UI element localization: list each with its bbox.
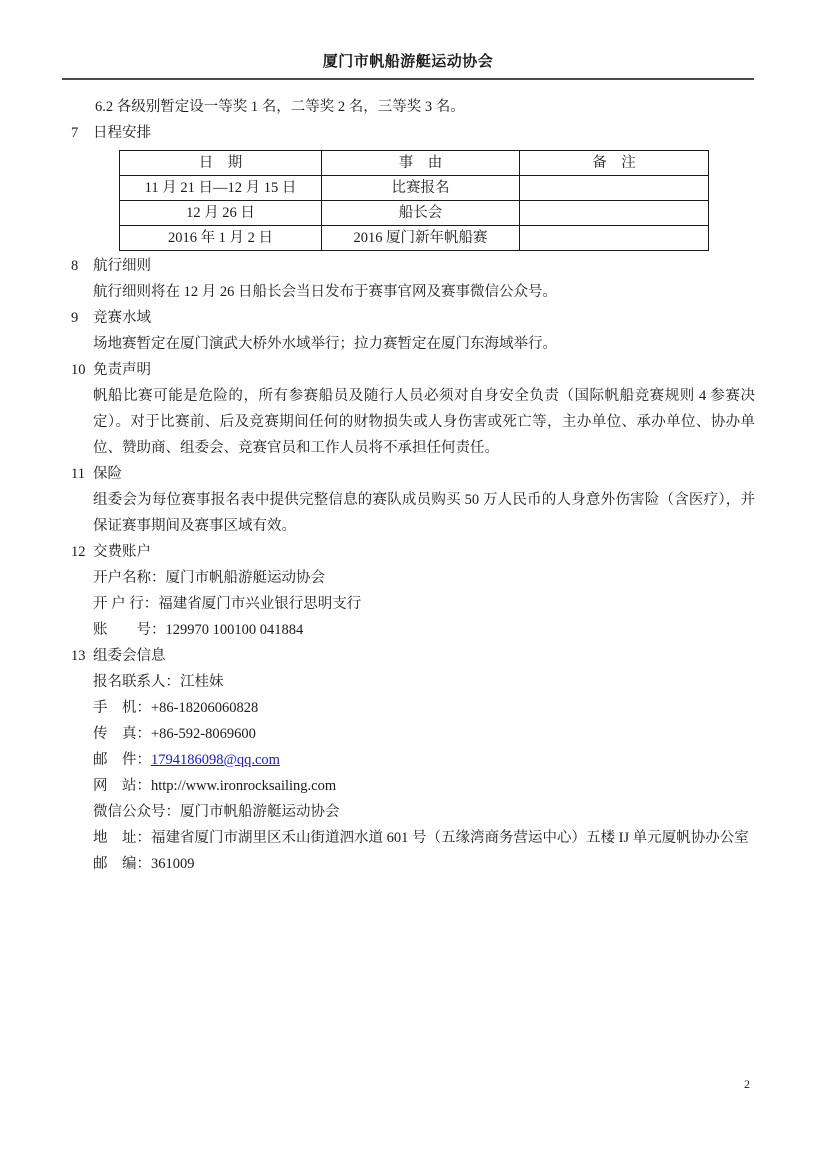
section-number: 11 bbox=[71, 461, 93, 487]
organization-title: 厦门市帆船游艇运动协会 bbox=[62, 52, 754, 72]
email-row: 邮 件： 1794186098@qq.com bbox=[93, 747, 755, 773]
insurance-text: 组委会为每位赛事报名表中提供完整信息的赛队成员购买 50 万人民币的人身意外伤害… bbox=[93, 487, 755, 539]
mobile-row: 手 机： +86-18206060828 bbox=[93, 695, 755, 721]
schedule-table: 日 期 事 由 备 注 11 月 21 日—12 月 15 日 比赛报名 12 … bbox=[119, 150, 709, 251]
cell-date: 12 月 26 日 bbox=[120, 201, 322, 226]
document-page: 厦门市帆船游艇运动协会 6.2 各级别暂定设一等奖 1 名，二等奖 2 名，三等… bbox=[0, 0, 827, 1169]
section-heading-sailing-instructions: 8 航行细则 bbox=[71, 253, 755, 279]
field-label: 开 户 行： bbox=[93, 591, 158, 617]
cell-event: 船长会 bbox=[322, 201, 520, 226]
field-label: 微信公众号： bbox=[93, 799, 180, 825]
field-value: +86-592-8069600 bbox=[151, 721, 755, 747]
section-title: 日程安排 bbox=[93, 120, 755, 146]
column-header-event: 事 由 bbox=[322, 151, 520, 176]
registration-contact-row: 报名联系人： 江桂妹 bbox=[93, 669, 755, 695]
field-value: 福建省厦门市湖里区禾山街道泗水道 601 号（五缘湾商务营运中心）五楼 IJ 单… bbox=[151, 825, 755, 851]
section-number: 9 bbox=[71, 305, 93, 331]
field-value: 1794186098@qq.com bbox=[151, 747, 755, 773]
section-number: 12 bbox=[71, 539, 93, 565]
address-row: 地 址： 福建省厦门市湖里区禾山街道泗水道 601 号（五缘湾商务营运中心）五楼… bbox=[93, 825, 755, 851]
section-title: 组委会信息 bbox=[93, 643, 755, 669]
field-label: 地 址： bbox=[93, 825, 151, 851]
field-value: +86-18206060828 bbox=[151, 695, 755, 721]
field-label: 网 站： bbox=[93, 773, 151, 799]
section-title: 保险 bbox=[93, 461, 755, 487]
field-value: 厦门市帆船游艇运动协会 bbox=[166, 565, 756, 591]
field-label: 开户名称： bbox=[93, 565, 166, 591]
section-heading-payment-account: 12 交费账户 bbox=[71, 539, 755, 565]
field-value: 361009 bbox=[151, 851, 755, 877]
cell-note bbox=[520, 201, 709, 226]
section-number: 13 bbox=[71, 643, 93, 669]
page-number: 2 bbox=[744, 1077, 750, 1091]
section-heading-disclaimer: 10 免责声明 bbox=[71, 357, 755, 383]
field-label: 邮 编： bbox=[93, 851, 151, 877]
table-row: 12 月 26 日 船长会 bbox=[120, 201, 709, 226]
payment-account-rows: 开户名称： 厦门市帆船游艇运动协会 开 户 行： 福建省厦门市兴业银行思明支行 … bbox=[93, 565, 755, 643]
table-row: 2016 年 1 月 2 日 2016 厦门新年帆船赛 bbox=[120, 226, 709, 251]
email-link[interactable]: 1794186098@qq.com bbox=[151, 752, 280, 768]
table-row: 11 月 21 日—12 月 15 日 比赛报名 bbox=[120, 176, 709, 201]
field-value: http://www.ironrocksailing.com bbox=[151, 773, 755, 799]
document-body: 6.2 各级别暂定设一等奖 1 名，二等奖 2 名，三等奖 3 名。 7 日程安… bbox=[71, 94, 755, 877]
table-header-row: 日 期 事 由 备 注 bbox=[120, 151, 709, 176]
section-title: 交费账户 bbox=[93, 539, 755, 565]
account-name-row: 开户名称： 厦门市帆船游艇运动协会 bbox=[93, 565, 755, 591]
field-value: 厦门市帆船游艇运动协会 bbox=[180, 799, 755, 825]
column-header-date: 日 期 bbox=[120, 151, 322, 176]
field-value: 福建省厦门市兴业银行思明支行 bbox=[158, 591, 755, 617]
field-value: 江桂妹 bbox=[180, 669, 755, 695]
field-value: 129970 100100 041884 bbox=[166, 617, 756, 643]
disclaimer-text: 帆船比赛可能是危险的，所有参赛船员及随行人员必须对自身安全负责（国际帆船竞赛规则… bbox=[93, 383, 755, 461]
section-title: 航行细则 bbox=[93, 253, 755, 279]
field-label: 账 号： bbox=[93, 617, 166, 643]
bank-row: 开 户 行： 福建省厦门市兴业银行思明支行 bbox=[93, 591, 755, 617]
cell-date: 2016 年 1 月 2 日 bbox=[120, 226, 322, 251]
clause-6-2-text: 6.2 各级别暂定设一等奖 1 名，二等奖 2 名，三等奖 3 名。 bbox=[95, 94, 755, 120]
website-row: 网 站： http://www.ironrocksailing.com bbox=[93, 773, 755, 799]
cell-event: 比赛报名 bbox=[322, 176, 520, 201]
section-number: 10 bbox=[71, 357, 93, 383]
cell-note bbox=[520, 176, 709, 201]
field-label: 邮 件： bbox=[93, 747, 151, 773]
sailing-instructions-text: 航行细则将在 12 月 26 日船长会当日发布于赛事官网及赛事微信公众号。 bbox=[93, 279, 755, 305]
section-number: 8 bbox=[71, 253, 93, 279]
section-heading-racing-area: 9 竞赛水域 bbox=[71, 305, 755, 331]
section-number: 7 bbox=[71, 120, 93, 146]
cell-date: 11 月 21 日—12 月 15 日 bbox=[120, 176, 322, 201]
committee-info-rows: 报名联系人： 江桂妹 手 机： +86-18206060828 传 真： +86… bbox=[93, 669, 755, 877]
section-heading-schedule: 7 日程安排 bbox=[71, 120, 755, 146]
section-heading-insurance: 11 保险 bbox=[71, 461, 755, 487]
cell-event: 2016 厦门新年帆船赛 bbox=[322, 226, 520, 251]
field-label: 手 机： bbox=[93, 695, 151, 721]
wechat-row: 微信公众号： 厦门市帆船游艇运动协会 bbox=[93, 799, 755, 825]
racing-area-text: 场地赛暂定在厦门演武大桥外水域举行；拉力赛暂定在厦门东海域举行。 bbox=[93, 331, 755, 357]
field-label: 报名联系人： bbox=[93, 669, 180, 695]
cell-note bbox=[520, 226, 709, 251]
page-header: 厦门市帆船游艇运动协会 bbox=[62, 52, 754, 80]
account-number-row: 账 号： 129970 100100 041884 bbox=[93, 617, 755, 643]
field-label: 传 真： bbox=[93, 721, 151, 747]
postal-code-row: 邮 编： 361009 bbox=[93, 851, 755, 877]
section-title: 竞赛水域 bbox=[93, 305, 755, 331]
section-heading-committee-info: 13 组委会信息 bbox=[71, 643, 755, 669]
fax-row: 传 真： +86-592-8069600 bbox=[93, 721, 755, 747]
section-title: 免责声明 bbox=[93, 357, 755, 383]
column-header-note: 备 注 bbox=[520, 151, 709, 176]
